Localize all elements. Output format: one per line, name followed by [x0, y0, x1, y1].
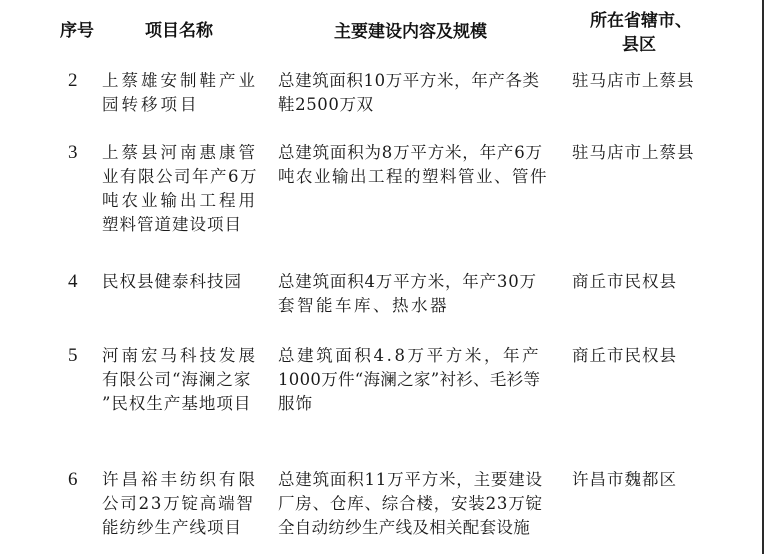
header-no: 序号 — [60, 20, 94, 42]
project-name-line: 民权县健泰科技园 — [102, 270, 242, 294]
row-number: 3 — [68, 141, 78, 165]
project-name: 许昌裕丰纺织有限 公司23万锭高端智 能纺纱生产线项目 — [102, 468, 258, 540]
project-location: 商丘市民权县 — [572, 344, 677, 368]
project-content-line: 鞋2500万双 — [278, 93, 540, 117]
project-name: 上蔡县河南惠康管 业有限公司年产6万 吨农业输出工程用 塑料管道建设项目 — [102, 141, 258, 237]
project-name-line: 业有限公司年产6万 — [102, 165, 258, 189]
project-content: 总建筑面积4.8万平方米，年产 1000万件“海澜之家”衬衫、毛衫等 服饰 — [278, 344, 541, 416]
project-content: 总建筑面积为8万平方米，年产6万 吨农业输出工程的塑料管业、管件 — [278, 141, 548, 189]
project-content-line: 1000万件“海澜之家”衬衫、毛衫等 — [278, 368, 541, 392]
project-content-line: 套智能车库、热水器 — [278, 294, 537, 318]
project-content-line: 厂房、仓库、综合楼，安装23万锭 — [278, 492, 543, 516]
project-content-line: 总建筑面积4万平方米，年产30万 — [278, 270, 537, 294]
header-location-line1: 所在省辖市、 — [590, 10, 692, 32]
project-name-line: 塑料管道建设项目 — [102, 213, 258, 237]
project-name: 上蔡雄安制鞋产业 园转移项目 — [102, 69, 258, 117]
project-content-line: 吨农业输出工程的塑料管业、管件 — [278, 165, 548, 189]
project-location: 驻马店市上蔡县 — [572, 69, 695, 93]
project-content-line: 全自动纺纱生产线及相关配套设施 — [278, 516, 543, 540]
project-content-line: 服饰 — [278, 392, 541, 416]
header-location-line2: 县区 — [622, 34, 656, 56]
project-name: 河南宏马科技发展 有限公司“海澜之家 ”民权生产基地项目 — [102, 344, 258, 416]
project-location: 驻马店市上蔡县 — [572, 141, 695, 165]
project-content-line: 总建筑面积为8万平方米，年产6万 — [278, 141, 548, 165]
header-name: 项目名称 — [145, 20, 213, 42]
project-name-line: 上蔡县河南惠康管 — [102, 141, 258, 165]
project-name-line: 有限公司“海澜之家 — [102, 368, 258, 392]
project-name-line: 许昌裕丰纺织有限 — [102, 468, 258, 492]
project-name-line: 公司23万锭高端智 — [102, 492, 258, 516]
project-name-line: 园转移项目 — [102, 93, 258, 117]
project-name: 民权县健泰科技园 — [102, 270, 242, 294]
page-right-border — [762, 0, 764, 554]
project-name-line: 吨农业输出工程用 — [102, 189, 258, 213]
project-name-line: ”民权生产基地项目 — [102, 392, 258, 416]
header-content: 主要建设内容及规模 — [334, 21, 487, 43]
project-name-line: 能纺纱生产线项目 — [102, 516, 258, 540]
project-location: 许昌市魏都区 — [572, 468, 677, 492]
project-name-line: 河南宏马科技发展 — [102, 344, 258, 368]
project-content: 总建筑面积4万平方米，年产30万 套智能车库、热水器 — [278, 270, 537, 318]
project-location: 商丘市民权县 — [572, 270, 677, 294]
row-number: 2 — [68, 69, 78, 93]
project-content-line: 总建筑面积10万平方米，年产各类 — [278, 69, 540, 93]
row-number: 4 — [68, 270, 78, 294]
project-content-line: 总建筑面积4.8万平方米，年产 — [278, 344, 541, 368]
project-content-line: 总建筑面积11万平方米，主要建设 — [278, 468, 543, 492]
project-content: 总建筑面积10万平方米，年产各类 鞋2500万双 — [278, 69, 540, 117]
project-name-line: 上蔡雄安制鞋产业 — [102, 69, 258, 93]
row-number: 6 — [68, 468, 78, 492]
row-number: 5 — [68, 344, 78, 368]
project-content: 总建筑面积11万平方米，主要建设 厂房、仓库、综合楼，安装23万锭 全自动纺纱生… — [278, 468, 543, 540]
